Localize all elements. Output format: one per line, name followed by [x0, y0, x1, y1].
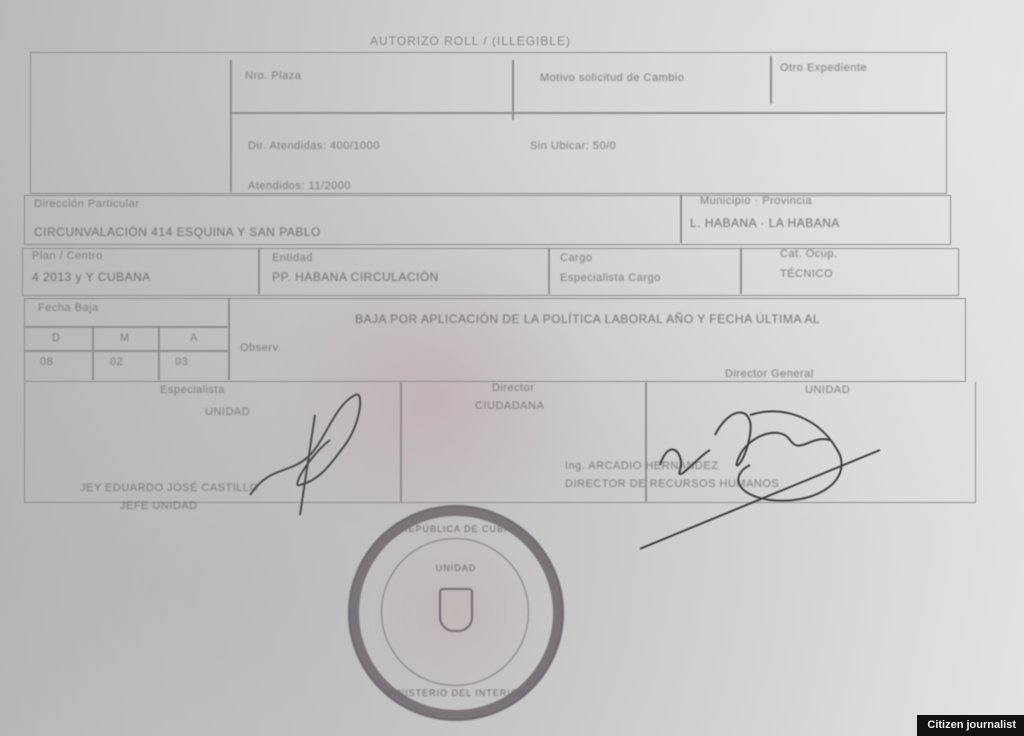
- date-day: 08: [40, 356, 53, 368]
- municipality-value: L. HABANA · LA HABANA: [690, 216, 840, 230]
- address-label: Dirección Particular: [34, 198, 139, 210]
- municipality-label: Municipio · Provincia: [700, 195, 812, 207]
- reason-label: Observ.: [240, 342, 281, 354]
- divider: [92, 326, 94, 380]
- entidad-value: PP. HABANA CIRCULACIÓN: [272, 270, 439, 284]
- entidad-label: Entidad: [272, 252, 313, 264]
- date-month: 02: [110, 356, 123, 368]
- divider: [400, 382, 402, 502]
- field-4: Dir. Atendidas: 400/1000: [248, 140, 380, 152]
- document-title: AUTORIZO ROLL / (ILLEGIBLE): [370, 34, 571, 48]
- reason-box: [24, 298, 966, 382]
- sig-1-role: JEFE UNIDAD: [120, 500, 198, 512]
- cargo-value: Especialista Cargo: [560, 272, 661, 284]
- reason-value: BAJA POR APLICACIÓN DE LA POLÍTICA LABOR…: [355, 312, 820, 326]
- stamp-top-text: REPÚBLICA DE CUBA: [351, 524, 561, 534]
- divider: [24, 350, 228, 352]
- divider: [512, 60, 514, 120]
- plaza-label: Nro. Plaza: [245, 70, 301, 82]
- divider: [770, 56, 772, 104]
- date-header-day: D: [52, 332, 60, 344]
- categoria-label: Cat. Ocup.: [780, 248, 838, 260]
- sig-2-sub: CIUDADANA: [475, 400, 544, 412]
- divider: [158, 326, 160, 380]
- coat-of-arms-icon: [439, 588, 473, 632]
- date-label: Fecha Baja: [38, 302, 99, 314]
- plan-label: Plan / Centro: [32, 250, 103, 262]
- stamp-bottom-text: MINISTERIO DEL INTERIOR: [351, 688, 561, 698]
- cargo-label: Cargo: [560, 252, 592, 264]
- field-5: Sin Ubicar: 50/0: [530, 140, 616, 152]
- official-stamp: REPÚBLICA DE CUBA UNIDAD MINISTERIO DEL …: [348, 505, 564, 721]
- divider: [548, 248, 550, 294]
- divider: [230, 112, 945, 114]
- date-header-month: M: [120, 332, 130, 344]
- divider: [228, 298, 230, 380]
- motivo-label: Motivo solicitud de Cambio: [540, 72, 684, 84]
- sig-1-title: Especialista: [160, 384, 225, 396]
- expediente-label: Otro Expediente: [780, 62, 867, 74]
- signature-1: [230, 385, 390, 525]
- signature-3: [640, 395, 890, 565]
- divider: [258, 248, 260, 294]
- divider: [24, 326, 228, 328]
- sig-3-title: Director General: [725, 368, 814, 380]
- citizen-journalist-badge: Citizen journalist: [917, 715, 1024, 736]
- divider: [230, 60, 232, 192]
- address-value: CIRCUNVALACIÓN 414 ESQUINA Y SAN PABLO: [34, 225, 321, 239]
- date-year: 03: [175, 356, 188, 368]
- date-header-year: A: [190, 332, 198, 344]
- divider: [680, 195, 682, 243]
- plan-value: 4 2013 y Y CUBANA: [32, 270, 151, 284]
- divider: [740, 248, 742, 294]
- categoria-value: TÉCNICO: [780, 268, 833, 280]
- sig-2-title: Director: [492, 382, 535, 394]
- stamp-middle-text: UNIDAD: [351, 563, 561, 573]
- field-6: Atendidos: 11/2000: [248, 180, 351, 192]
